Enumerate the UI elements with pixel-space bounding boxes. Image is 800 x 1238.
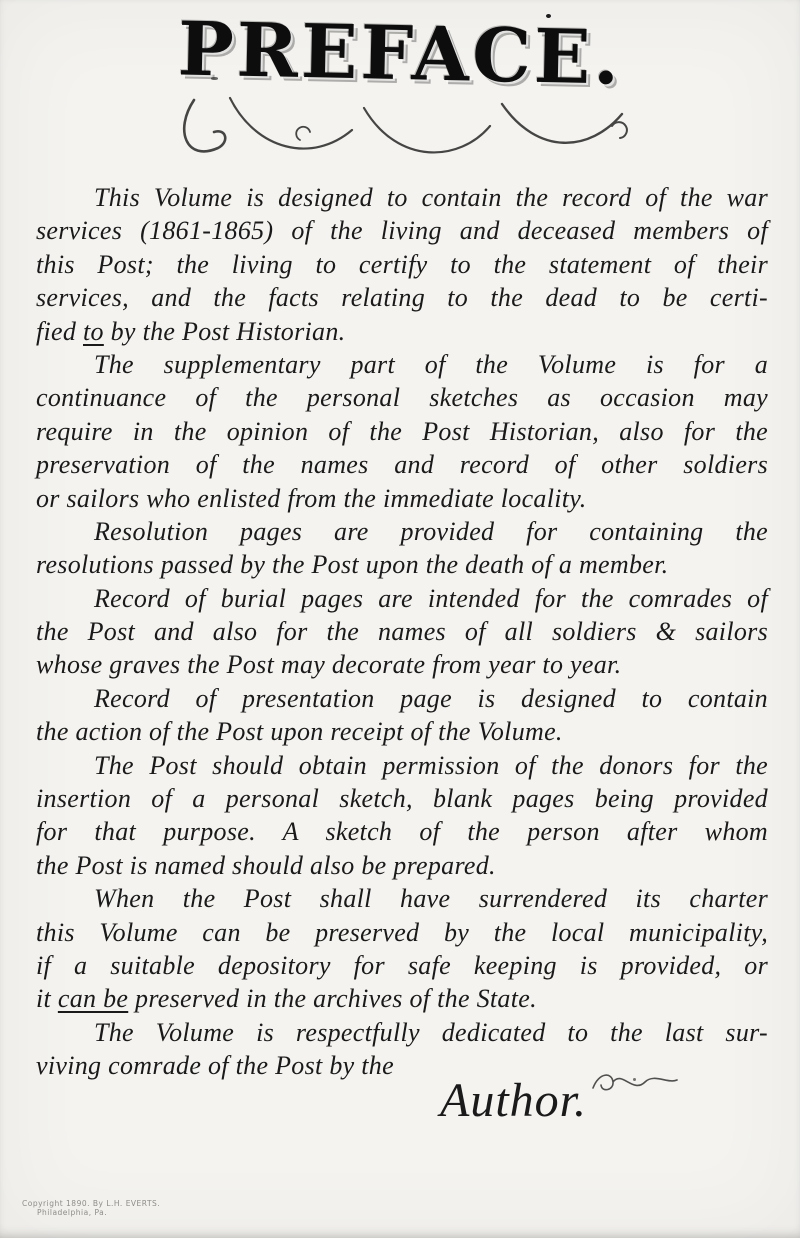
signature-row: Author.: [440, 1068, 770, 1128]
text-line: The Post should obtain permission of the…: [36, 749, 768, 782]
text-line: resolutions passed by the Post upon the …: [36, 548, 768, 581]
text-line: Resolution pages are provided for contai…: [36, 515, 768, 548]
text-line: Record of burial pages are intended for …: [36, 582, 768, 615]
text-line: The supplementary part of the Volume is …: [36, 348, 768, 381]
text-line: This Volume is designed to contain the r…: [36, 181, 768, 214]
preface-body: This Volume is designed to contain the r…: [36, 181, 768, 1083]
text-line: The Volume is respectfully dedicated to …: [36, 1016, 768, 1049]
scanned-page: PREFACE. This Volume is designed to cont…: [0, 0, 800, 1238]
copyright-line-2: Philadelphia, Pa.: [37, 1208, 160, 1217]
text-line: continuance of the personal sketches as …: [36, 381, 768, 414]
text-line: services, and the facts relating to the …: [36, 281, 768, 314]
page-title: PREFACE.: [177, 9, 623, 100]
text-line: whose graves the Post may decorate from …: [36, 648, 768, 681]
text-line: require in the opinion of the Post Histo…: [36, 415, 768, 448]
text-line: insertion of a personal sketch, blank pa…: [36, 782, 768, 815]
copyright-notice: Copyright 1890. By L.H. EVERTS. Philadel…: [22, 1199, 160, 1217]
engraved-swash-icon: [160, 92, 640, 172]
text-line: or sailors who enlisted from the immedia…: [36, 482, 768, 515]
text-line: services (1861-1865) of the living and d…: [36, 214, 768, 247]
underlined-word: to: [83, 317, 104, 346]
text-line: this Post; the living to certify to the …: [36, 248, 768, 281]
text-line: for that purpose. A sketch of the person…: [36, 815, 768, 848]
author-signature: Author.: [440, 1074, 587, 1127]
pen-flourish-icon: [589, 1068, 679, 1098]
text-line: the action of the Post upon receipt of t…: [36, 715, 768, 748]
text-line: preservation of the names and record of …: [36, 448, 768, 481]
underlined-word: can be: [58, 984, 128, 1013]
text-line: fied to by the Post Historian.: [36, 315, 768, 348]
text-line: the Post is named should also be prepare…: [36, 849, 768, 882]
preface-header: PREFACE.: [0, 14, 800, 179]
text-line: Record of presentation page is designed …: [36, 682, 768, 715]
text-line: if a suitable depository for safe keepin…: [36, 949, 768, 982]
text-line: the Post and also for the names of all s…: [36, 615, 768, 648]
scan-speck: [633, 1078, 636, 1081]
copyright-line-1: Copyright 1890. By L.H. EVERTS.: [22, 1199, 160, 1208]
text-line: When the Post shall have surrendered its…: [36, 882, 768, 915]
text-line: it can be preserved in the archives of t…: [36, 982, 768, 1015]
text-line: this Volume can be preserved by the loca…: [36, 916, 768, 949]
